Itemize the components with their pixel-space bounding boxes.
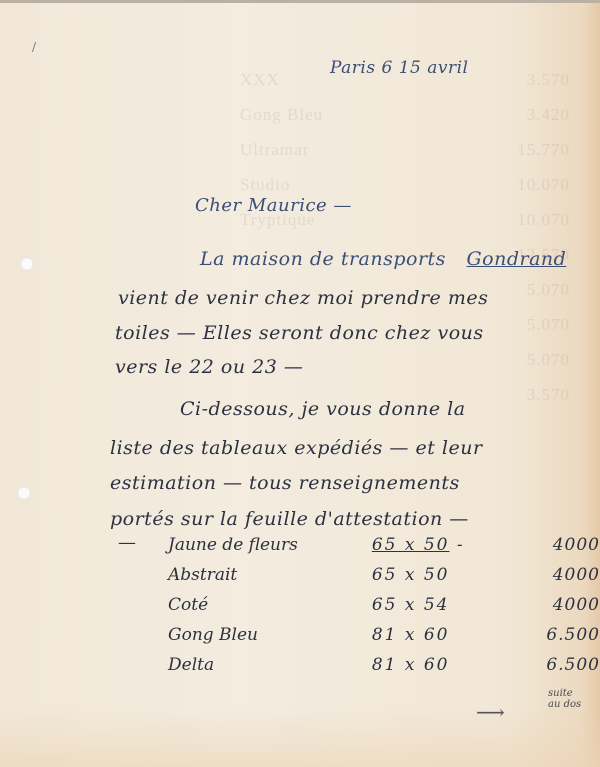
painting-title: Coté [168, 590, 372, 620]
painting-row: Coté 65 x 54 4000 [168, 590, 600, 620]
body-text: La maison de transports [200, 248, 446, 270]
body-line-6: liste des tableaux expédiés — et leur [110, 437, 483, 459]
margin-mark: / [32, 40, 36, 54]
body-line-4: vers le 22 ou 23 — [115, 356, 303, 378]
body-line-7: estimation — tous renseignements [110, 472, 460, 494]
ghost-text: 5.070 [470, 342, 570, 377]
painting-size: 81 x 60 [372, 620, 522, 650]
painting-estimate: 6.500 [522, 650, 600, 680]
painting-size: 81 x 60 [372, 650, 522, 680]
painting-row: Gong Bleu 81 x 60 6.500 [168, 620, 600, 650]
continuation-note: suite au dos [548, 688, 581, 710]
letter-date: Paris 6 15 avril [330, 58, 469, 78]
painting-size: 65 x 50 [372, 560, 522, 590]
ghost-text: 3.570 [470, 377, 570, 412]
ghost-text: 5.070 [470, 307, 570, 342]
ghost-text: Ultramar [240, 132, 340, 167]
company-name: Gondrand [466, 248, 566, 270]
paintings-list: Jaune de fleurs 65 x 50 - 4000 Abstrait … [168, 530, 600, 680]
painting-size: 65 x 50 - [372, 530, 522, 560]
ghost-text: 3.570 [470, 62, 570, 97]
painting-title: Jaune de fleurs [168, 530, 372, 560]
size-text: 65 x 50 [372, 535, 450, 555]
body-line-2: vient de venir chez moi prendre mes [118, 287, 488, 309]
ghost-text: 10.070 [470, 167, 570, 202]
list-dash: — [118, 532, 137, 553]
continuation-line: au dos [548, 699, 581, 710]
letter-page: XXX Gong Bleu Ultramar Studio Tryptique … [0, 0, 600, 767]
continuation-line: suite [548, 688, 581, 699]
painting-size: 65 x 54 [372, 590, 522, 620]
size-suffix: - [457, 535, 465, 555]
punch-hole-bottom [17, 486, 31, 500]
punch-hole-top [20, 257, 34, 271]
body-line-3: toiles — Elles seront donc chez vous [115, 322, 484, 344]
painting-title: Abstrait [168, 560, 372, 590]
painting-title: Gong Bleu [168, 620, 372, 650]
body-line-1: La maison de transports Gondrand [200, 248, 566, 270]
painting-estimate: 4000 [522, 530, 600, 560]
arrow-right-icon: ⟶ [476, 700, 505, 724]
painting-row: Jaune de fleurs 65 x 50 - 4000 [168, 530, 600, 560]
painting-estimate: 4000 [522, 590, 600, 620]
painting-estimate: 6.500 [522, 620, 600, 650]
painting-estimate: 4000 [522, 560, 600, 590]
ghost-text: 15.770 [470, 132, 570, 167]
ghost-text: 3.420 [470, 97, 570, 132]
painting-row: Abstrait 65 x 50 4000 [168, 560, 600, 590]
body-line-5: Ci-dessous, je vous donne la [180, 398, 466, 420]
salutation: Cher Maurice — [195, 195, 352, 216]
painting-title: Delta [168, 650, 372, 680]
body-line-8: portés sur la feuille d'attestation — [110, 508, 469, 530]
ghost-text: Gong Bleu [240, 97, 340, 132]
ghost-text: 10.070 [470, 202, 570, 237]
bleed-through-right: 3.570 3.420 15.770 10.070 10.070 12.570 … [470, 62, 570, 412]
painting-row: Delta 81 x 60 6.500 [168, 650, 600, 680]
ghost-text: XXX [240, 62, 340, 97]
